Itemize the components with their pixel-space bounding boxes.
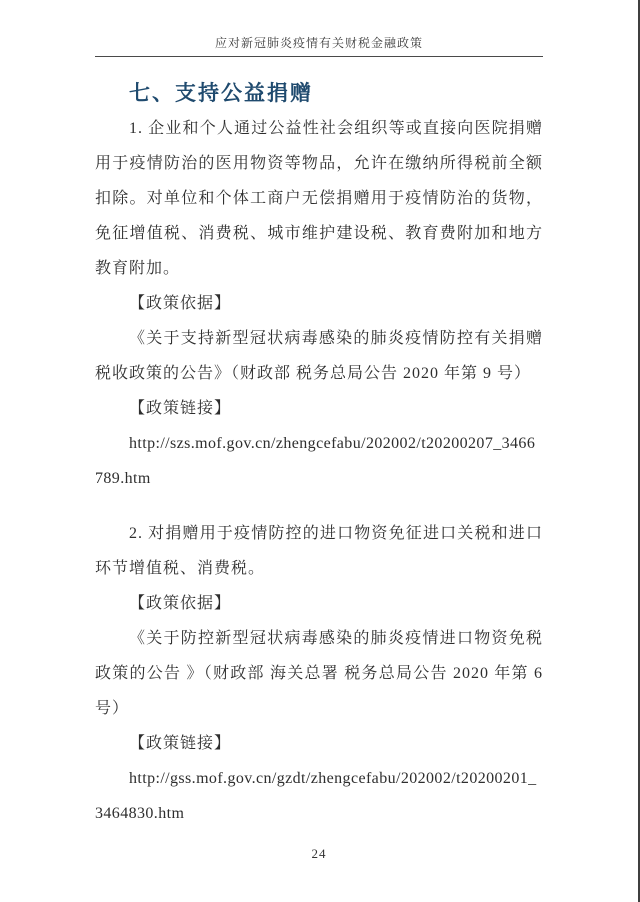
policy-item-1-body: 1. 企业和个人通过公益性社会组织等或直接向医院捐赠用于疫情防治的医用物资等物品…: [95, 111, 543, 286]
policy-item-2: 2. 对捐赠用于疫情防控的进口物资免征进口关税和进口环节增值税、消费税。 【政策…: [95, 516, 543, 831]
policy-item-1-basis: 《关于支持新型冠状病毒感染的肺炎疫情防控有关捐赠税收政策的公告》（财政部 税务总…: [95, 321, 543, 391]
policy-item-1-link-label: 【政策链接】: [95, 391, 543, 426]
policy-item-2-link-label: 【政策链接】: [95, 726, 543, 761]
section-gap: [95, 496, 543, 516]
page-number: 24: [312, 846, 327, 861]
policy-item-2-body: 2. 对捐赠用于疫情防控的进口物资免征进口关税和进口环节增值税、消费税。: [95, 516, 543, 586]
policy-item-2-link: http://gss.mof.gov.cn/gzdt/zhengcefabu/2…: [95, 761, 543, 831]
section-title: 七、支持公益捐赠: [95, 81, 543, 107]
policy-item-2-basis-label: 【政策依据】: [95, 586, 543, 621]
running-header: 应对新冠肺炎疫情有关财税金融政策: [95, 36, 543, 57]
policy-item-2-basis: 《关于防控新型冠状病毒感染的肺炎疫情进口物资免税政策的公告 》（财政部 海关总署…: [95, 621, 543, 726]
document-page: 应对新冠肺炎疫情有关财税金融政策 七、支持公益捐赠 1. 企业和个人通过公益性社…: [0, 0, 640, 902]
policy-item-1-basis-label: 【政策依据】: [95, 286, 543, 321]
running-header-title: 应对新冠肺炎疫情有关财税金融政策: [95, 36, 543, 50]
page-footer: 24: [0, 846, 638, 862]
policy-item-1-link: http://szs.mof.gov.cn/zhengcefabu/202002…: [95, 426, 543, 496]
policy-item-1: 1. 企业和个人通过公益性社会组织等或直接向医院捐赠用于疫情防治的医用物资等物品…: [95, 111, 543, 496]
